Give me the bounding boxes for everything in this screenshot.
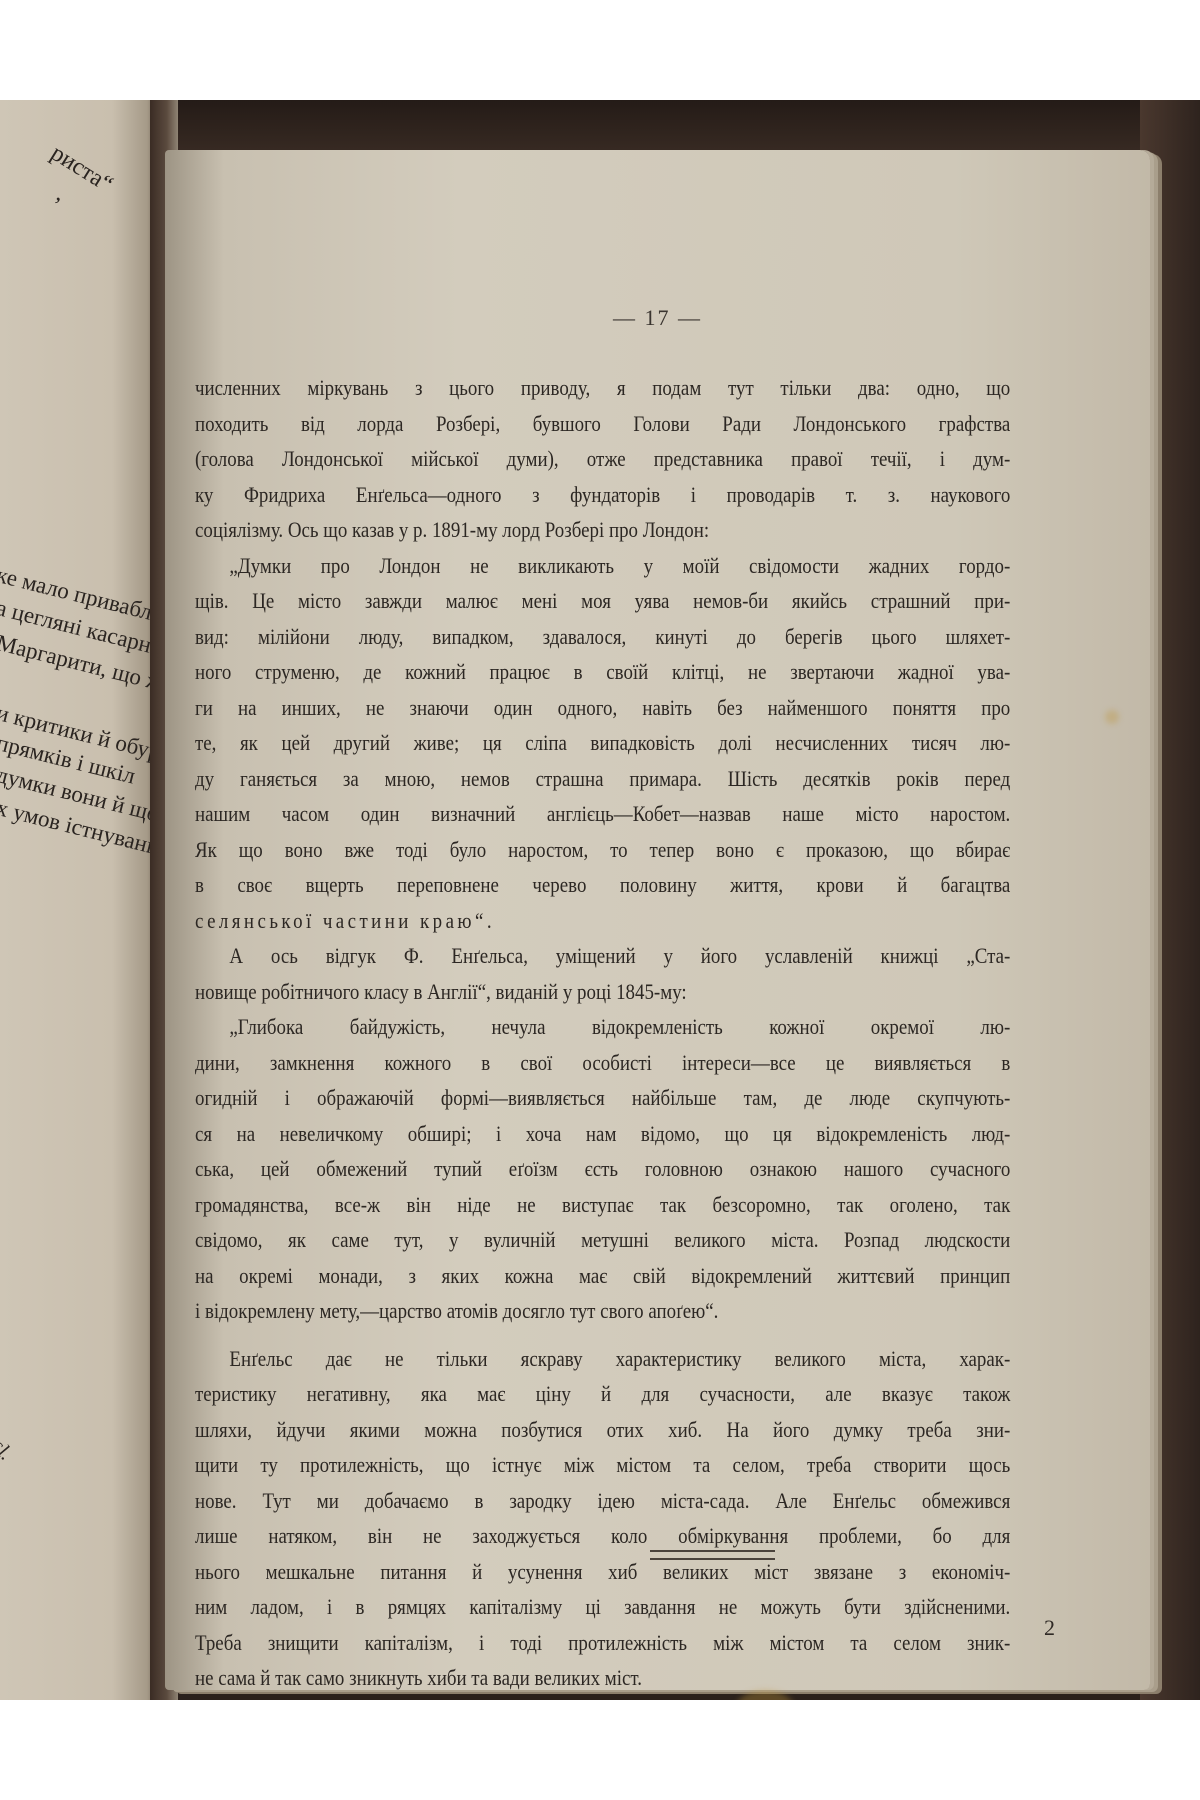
text-line: ся на невеличкому обширі; і хоча нам від… [195,1116,1010,1152]
text-line: дини, замкнення кожного в свої особисті … [195,1045,1010,1081]
text-line: Як що воно вже тоді було наростом, то те… [195,832,1010,868]
text-line: в своє вщерть переповнене черево половин… [195,867,1010,903]
text-line: ного струменю, де кожний працює в своїй … [195,654,1010,690]
paper-stain [1105,710,1119,724]
text-line: (голова Лондонської мійської думи), отже… [195,441,1010,477]
signature-mark: 2 [1044,1615,1055,1641]
text-line: походить від лорда Розбері, бувшого Голо… [195,406,1010,442]
right-page: — 17 — численних міркувань з цього приво… [165,150,1150,1690]
text-line: Енґельс дає не тільки яскраву характерис… [195,1341,1010,1377]
left-page: риста“ , , ке мало привабліві а цегляні … [0,100,160,1700]
text-line: ку Фридриха Енґельса—одного з фундаторів… [195,477,1010,513]
text-line: ду ганяється за мною, немов страшна прим… [195,761,1010,797]
text-line: щів. Це місто завжди малює мені моя уява… [195,583,1010,619]
text-line: А ось відгук Ф. Енґельса, уміщений у йог… [195,938,1010,974]
left-page-fragment: , [0,370,6,398]
text-line: новище робітничого класу в Англії“, вида… [195,974,1010,1010]
text-line: Треба знищити капіталізм, і тоді протиле… [195,1625,1010,1661]
paragraph-quote-engels: „Глибока байдужість, нечула відокремлені… [195,1009,896,1329]
text-line: соціялізму. Ось що казав у р. 1891-му ло… [195,512,1010,548]
text-line: нашим часом один визначний англієць—Кобе… [195,796,1010,832]
text-line: нього мешкальне питання й усунення хиб в… [195,1554,1010,1590]
text-line: нове. Тут ми добачаємо в зародку ідею мі… [195,1483,1010,1519]
left-page-fragment: , [53,180,65,208]
text-line: теристику негативну, яка має ціну й для … [195,1376,1010,1412]
text-line: те, як цей другий живе; ця сліпа випадко… [195,725,1010,761]
paragraph: численних міркувань з цього приводу, я п… [195,370,896,548]
text-line: огидній і ображаючій формі—виявляється н… [195,1080,1010,1116]
text-line: численних міркувань з цього приводу, я п… [195,370,1010,406]
page-number: — 17 — [165,305,1150,331]
text-line: „Думки про Лондон не викликають у моїй с… [195,548,1010,584]
body-text: численних міркувань з цього приводу, я п… [195,370,896,1696]
paragraph-quote-rosebery: „Думки про Лондон не викликають у моїй с… [195,548,896,939]
text-line: вид: мілійони люду, випадком, здавалося,… [195,619,1010,655]
text-line: свідомо, як саме тут, у вуличній метушні… [195,1222,1010,1258]
text-line: ним ладом, і в рямцях капіталізму ці зав… [195,1589,1010,1625]
section-end-divider [650,1550,775,1560]
text-line: лише натяком, він не заходжується коло о… [195,1518,1010,1554]
left-page-fragment: ssl. [0,1430,17,1465]
text-line: ги на инших, не знаючи один одного, наві… [195,690,1010,726]
text-line: не сама й так само зникнуть хиби та вади… [195,1660,1010,1696]
text-line: щити ту протилежність, що істнує між міс… [195,1447,1010,1483]
text-line: селянської частини краю“. [195,903,1010,939]
text-line: на окремі монади, з яких кожна має свій … [195,1258,1010,1294]
book-photo: риста“ , , ке мало привабліві а цегляні … [0,100,1200,1700]
text-line: громадянства, все-ж він ніде не виступає… [195,1187,1010,1223]
paragraph-conclusion: Енґельс дає не тільки яскраву характерис… [195,1341,896,1696]
paragraph-gap [195,1329,896,1341]
paragraph-engels-intro: А ось відгук Ф. Енґельса, уміщений у йог… [195,938,896,1009]
text-line: „Глибока байдужість, нечула відокремлені… [195,1009,1010,1045]
text-line: і відокремлену мету,—царство атомів дося… [195,1293,1010,1329]
text-line: шляхи, йдучи якими можна позбутися отих … [195,1412,1010,1448]
text-line: ська, цей обмежений тупий еґоїзм єсть го… [195,1151,1010,1187]
